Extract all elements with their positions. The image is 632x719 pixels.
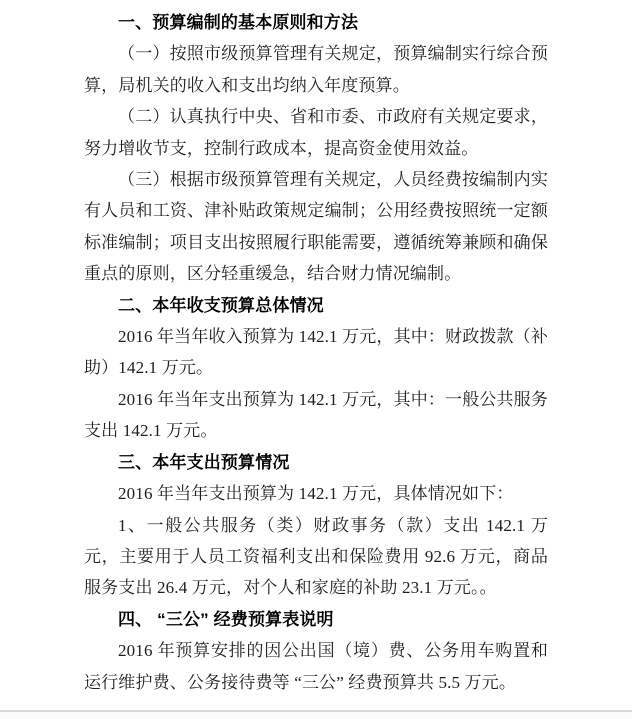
paragraph: 1、一般公共服务（类）财政事务（款）支出 142.1 万元，主要用于人员工资福利… [84, 510, 548, 604]
section-heading-1: 一、预算编制的基本原则和方法 [84, 7, 548, 38]
paragraph: （二）认真执行中央、省和市委、市政府有关规定要求，努力增收节支，控制行政成本，提… [84, 101, 548, 164]
paragraph: 2016 年当年收入预算为 142.1 万元，其中：财政拨款（补助）142.1 … [84, 321, 548, 384]
paragraph: 2016 年预算安排的因公出国（境）费、公务用车购置和运行维护费、公务接待费等 … [84, 635, 548, 698]
paragraph: 2016 年当年支出预算为 142.1 万元，具体情况如下： [84, 478, 548, 509]
document-body: 一、预算编制的基本原则和方法 （一）按照市级预算管理有关规定，预算编制实行综合预… [84, 7, 548, 698]
paragraph: 2016 年当年支出预算为 142.1 万元，其中：一般公共服务支出 142.1… [84, 384, 548, 447]
paragraph: （一）按照市级预算管理有关规定，预算编制实行综合预算，局机关的收入和支出均纳入年… [84, 38, 548, 101]
section-heading-2: 二、本年收支预算总体情况 [84, 290, 548, 321]
page-below-edge [0, 712, 632, 719]
paragraph: （三）根据市级预算管理有关规定，人员经费按编制内实有人员和工资、津补贴政策规定编… [84, 164, 548, 290]
section-heading-4: 四、 “三公” 经费预算表说明 [84, 604, 548, 635]
document-page: 一、预算编制的基本原则和方法 （一）按照市级预算管理有关规定，预算编制实行综合预… [0, 0, 632, 719]
section-heading-3: 三、本年支出预算情况 [84, 447, 548, 478]
